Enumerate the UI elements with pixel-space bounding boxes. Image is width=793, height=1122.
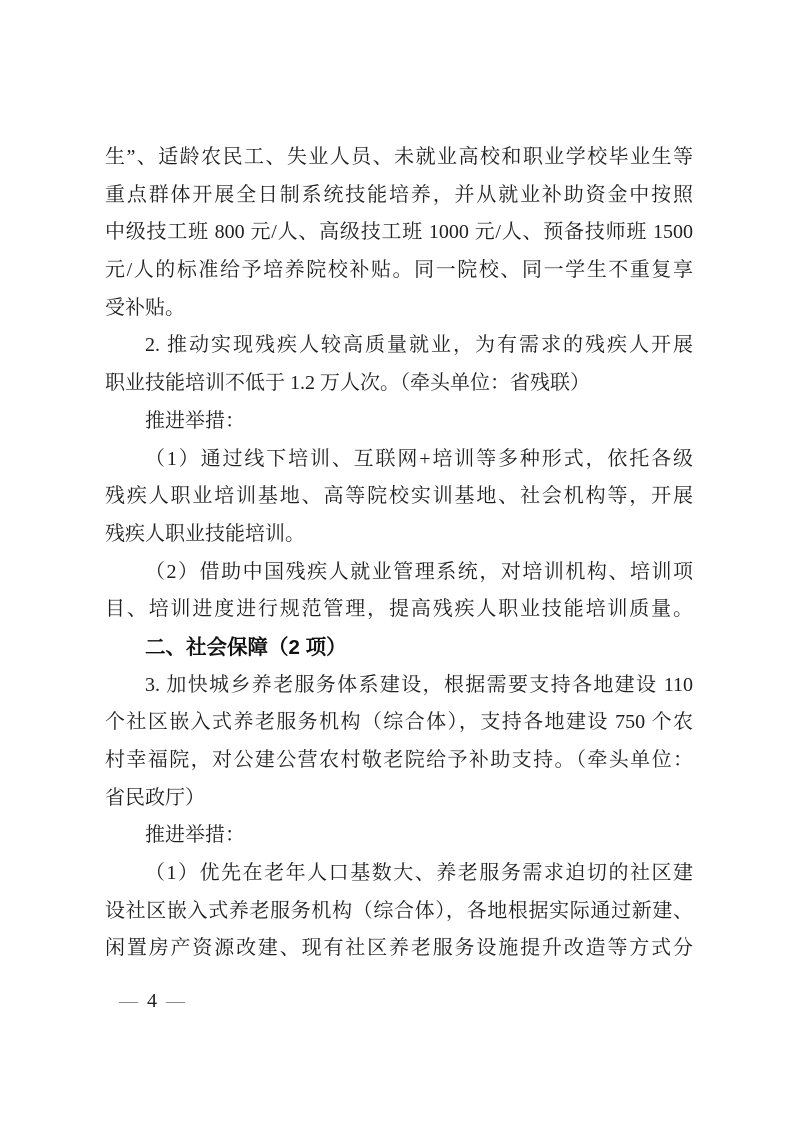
item-3-elderly-care-line: 3. 加快城乡养老服务体系建设，根据需要支持各地建设 110	[105, 667, 693, 705]
measure-1-1-line: 残疾人职业培训基地、高等院校实训基地、社会机构等，开展	[105, 478, 693, 516]
measure-3-1-line: 闲置房产资源改建、现有社区养老服务设施提升改造等方式分	[105, 930, 693, 968]
measures-label-2-line: 推进举措：	[105, 817, 693, 855]
measure-1-2-line: 目、培训进度进行规范管理，提高残疾人职业技能培训质量。	[105, 591, 693, 629]
item-3-elderly-care-line: 省民政厅）	[105, 780, 693, 818]
measures-label-1-line: 推进举措：	[105, 403, 693, 441]
measure-3-1-line: （1）优先在老年人口基数大、养老服务需求迫切的社区建	[105, 855, 693, 893]
para-skill-training-subsidy-line: 受补贴。	[105, 290, 693, 328]
measure-1-2-line: （2）借助中国残疾人就业管理系统，对培训机构、培训项	[105, 554, 693, 592]
measure-3-1-line: 设社区嵌入式养老服务机构（综合体），各地根据实际通过新建、	[105, 893, 693, 931]
page-footer: —4—	[119, 990, 185, 1012]
measure-1-1-line: （1）通过线下培训、互联网+培训等多种形式，依托各级	[105, 441, 693, 479]
item-3-elderly-care-line: 村幸福院，对公建公营农村敬老院给予补助支持。（牵头单位：	[105, 742, 693, 780]
item-2-disabled-employment-line: 2. 推动实现残疾人较高质量就业，为有需求的残疾人开展	[105, 327, 693, 365]
document-page: 生”、适龄农民工、失业人员、未就业高校和职业学校毕业生等重点群体开展全日制系统技…	[0, 0, 793, 1122]
document-body: 生”、适龄农民工、失业人员、未就业高校和职业学校毕业生等重点群体开展全日制系统技…	[105, 139, 693, 968]
para-skill-training-subsidy-line: 元/人的标准给予培养院校补贴。同一院校、同一学生不重复享	[105, 252, 693, 290]
para-skill-training-subsidy-line: 中级技工班 800 元/人、高级技工班 1000 元/人、预备技师班 1500	[105, 214, 693, 252]
para-skill-training-subsidy-line: 生”、适龄农民工、失业人员、未就业高校和职业学校毕业生等	[105, 139, 693, 177]
footer-right-dash: —	[166, 991, 185, 1012]
footer-left-dash: —	[119, 991, 138, 1012]
item-3-elderly-care-line: 个社区嵌入式养老服务机构（综合体），支持各地建设 750 个农	[105, 704, 693, 742]
page-number: 4	[147, 990, 157, 1012]
section-2-social-security-heading-line: 二、社会保障（2 项）	[105, 629, 693, 667]
item-2-disabled-employment-line: 职业技能培训不低于 1.2 万人次。（牵头单位：省残联）	[105, 365, 693, 403]
para-skill-training-subsidy-line: 重点群体开展全日制系统技能培养，并从就业补助资金中按照	[105, 177, 693, 215]
measure-1-1-line: 残疾人职业技能培训。	[105, 516, 693, 554]
